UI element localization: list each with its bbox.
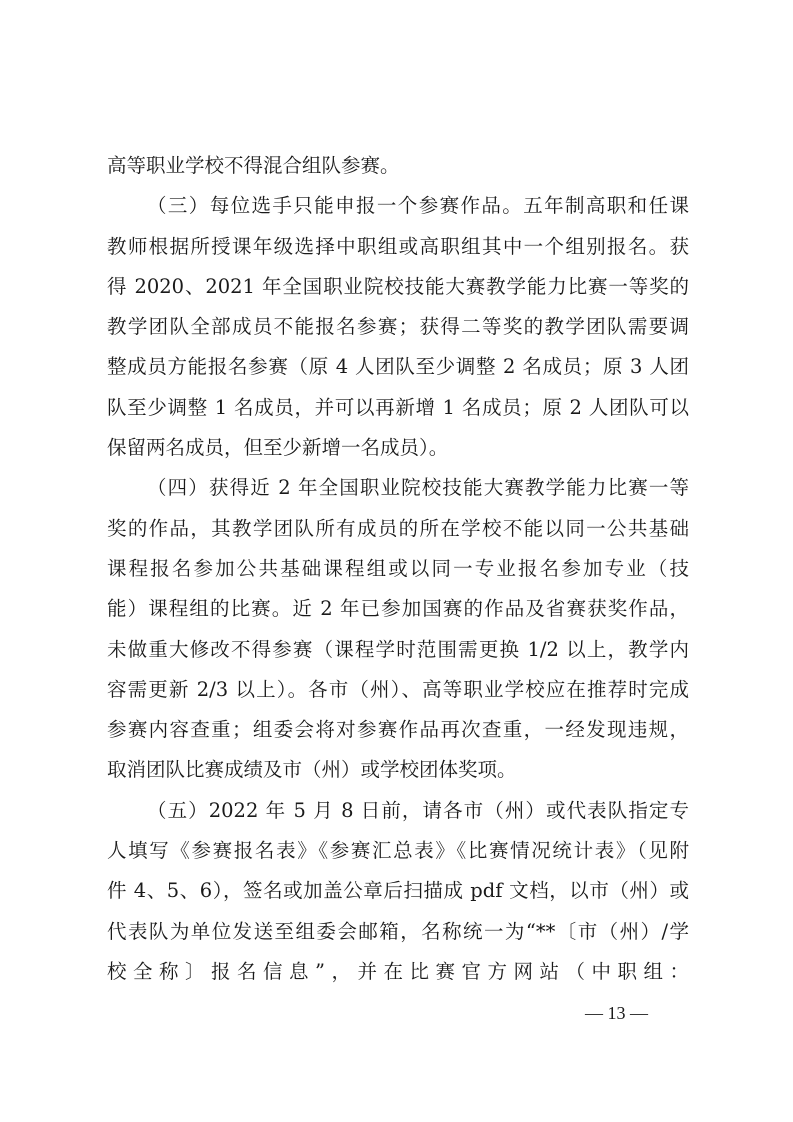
text-line: 参赛内容查重；组委会将对参赛作品再次查重，一经发现违规， — [107, 710, 689, 750]
text-line: （四）获得近 2 年全国职业院校技能大赛教学能力比赛一等 — [107, 468, 689, 508]
text-line: 教师根据所授课年级选择中职组或高职组其中一个组别报名。获 — [107, 227, 689, 267]
text-line: 代表队为单位发送至组委会邮箱，名称统一为“**〔市（州）/学 — [107, 912, 689, 952]
text-line: （五）2022 年 5 月 8 日前，请各市（州）或代表队指定专 — [107, 791, 689, 831]
page-number: — 13 — — [585, 1003, 648, 1024]
text-line: 得 2020、2021 年全国职业院校技能大赛教学能力比赛一等奖的 — [107, 267, 689, 307]
text-line: 课程报名参加公共基础课程组或以同一专业报名参加专业（技 — [107, 549, 689, 589]
text-line: 整成员方能报名参赛（原 4 人团队至少调整 2 名成员；原 3 人团 — [107, 347, 689, 387]
text-line: 高等职业学校不得混合组队参赛。 — [107, 146, 689, 186]
document-body: 高等职业学校不得混合组队参赛。 （三）每位选手只能申报一个参赛作品。五年制高职和… — [107, 146, 689, 992]
text-line: 校全称〕报名信息”，并在比赛官方网站（中职组： — [107, 952, 689, 992]
text-line: 取消团队比赛成绩及市（州）或学校团体奖项。 — [107, 750, 689, 790]
text-line: （三）每位选手只能申报一个参赛作品。五年制高职和任课 — [107, 186, 689, 226]
text-line: 教学团队全部成员不能报名参赛；获得二等奖的教学团队需要调 — [107, 307, 689, 347]
text-line: 件 4、5、6），签名或加盖公章后扫描成 pdf 文档，以市（州）或 — [107, 871, 689, 911]
text-line: 人填写《参赛报名表》《参赛汇总表》《比赛情况统计表》（见附 — [107, 831, 689, 871]
text-line: 能）课程组的比赛。近 2 年已参加国赛的作品及省赛获奖作品， — [107, 589, 689, 629]
text-line: 奖的作品，其教学团队所有成员的所在学校不能以同一公共基础 — [107, 509, 689, 549]
text-line: 队至少调整 1 名成员，并可以再新增 1 名成员；原 2 人团队可以 — [107, 388, 689, 428]
text-line: 容需更新 2/3 以上）。各市（州）、高等职业学校应在推荐时完成 — [107, 670, 689, 710]
text-line: 未做重大修改不得参赛（课程学时范围需更换 1/2 以上，教学内 — [107, 630, 689, 670]
text-line: 保留两名成员，但至少新增一名成员）。 — [107, 428, 689, 468]
